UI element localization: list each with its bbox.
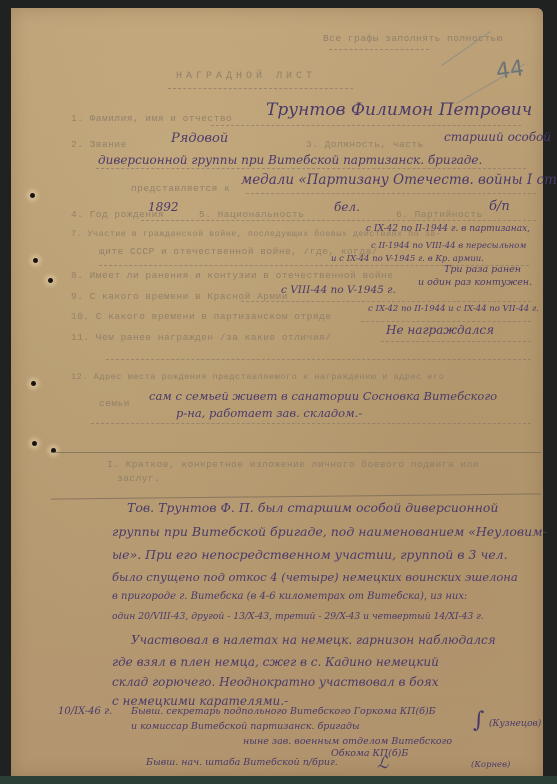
field-6-label: 6. Партийность bbox=[396, 209, 483, 220]
field-4-6-line bbox=[141, 220, 536, 221]
binding-hole bbox=[48, 278, 53, 283]
chief-signature: ℒ bbox=[377, 753, 389, 772]
narrative-line: ые». При его непосредственном участии, г… bbox=[112, 547, 508, 562]
narrative-line: один 20/VIII-43, другой - 13/X-43, трети… bbox=[112, 611, 484, 622]
signature-date: 10/IX-46 г. bbox=[58, 706, 112, 717]
field-12-line bbox=[91, 423, 531, 424]
field-4-value: 1892 bbox=[148, 200, 179, 214]
nomination-line bbox=[246, 193, 536, 194]
chief-name: (Корнев) bbox=[471, 760, 510, 770]
field-8-value-line2: и один раз контужен. bbox=[418, 277, 532, 288]
commander-title-line1: Бывш. секретарь подпольного Витебского Г… bbox=[131, 706, 436, 717]
field-7-value-line2: с II-1944 по VIII-44 в пересыльном bbox=[371, 241, 526, 251]
field-1-value: Трунтов Филимон Петрович bbox=[266, 100, 532, 120]
field-7-value-line3: и с IX-44 по V-1945 г. в Кр. армии. bbox=[331, 254, 484, 264]
binding-hole bbox=[30, 193, 35, 198]
field-10-value: с IX-42 по II-1944 и с IX-44 по VII-44 г… bbox=[368, 304, 539, 314]
narrative-line: группы при Витебской бригаде, под наимен… bbox=[112, 524, 547, 539]
field-5-label: 5. Национальность bbox=[199, 209, 304, 220]
commander-title-line4: Обкома КП(б)Б bbox=[331, 748, 408, 759]
header-instruction: Все графы заполнять полностью bbox=[323, 33, 503, 44]
chief-title: Бывш. нач. штаба Витебской п/бриг. bbox=[146, 757, 338, 768]
commander-title-line2: и комиссар Витебской партизанск. бригады bbox=[131, 721, 360, 732]
narrative-line: в пригороде г. Витебска (в 4-6 километра… bbox=[112, 591, 467, 602]
field-1-label: 1. Фамилия, имя и отчество bbox=[71, 113, 232, 124]
field-9-line bbox=[241, 301, 531, 302]
page-title: НАГРАДНОЙ ЛИСТ bbox=[176, 71, 316, 82]
field-3-value-line2: диверсионной группы при Витебской партиз… bbox=[98, 153, 482, 167]
field-3-value-line1: старший особой bbox=[444, 130, 551, 144]
binding-hole bbox=[33, 258, 38, 263]
section-two-label-line2: заслуг. bbox=[117, 473, 160, 484]
field-12-label-line2: семьи bbox=[99, 398, 130, 409]
field-8-label: 8. Имеет ли ранения и контузии в отечест… bbox=[71, 270, 393, 281]
narrative-line: Тов. Трунтов Ф. П. был старшим особой ди… bbox=[127, 500, 498, 515]
commander-name: (Кузнецов) bbox=[489, 719, 541, 729]
section-two-label-line1: I. Краткое, конкретное изложение личного… bbox=[107, 459, 479, 470]
scanner-bottom-edge bbox=[0, 776, 557, 784]
header-underline bbox=[329, 49, 429, 50]
field-9-value: с VIII-44 по V-1945 г. bbox=[281, 284, 396, 296]
field-12-value-line2: р-на, работает зав. складом.- bbox=[176, 406, 362, 420]
field-3-line bbox=[96, 168, 526, 169]
blank-line bbox=[106, 359, 531, 360]
field-12-label-line1: 12. Адрес места рождения представляемого… bbox=[71, 372, 444, 382]
nomination-label: представляется к bbox=[131, 183, 230, 194]
field-11-label: 11. Чем ранее награжден /за какие отличи… bbox=[71, 332, 331, 343]
field-7-value-line1: с IX-42 по II-1944 г. в партизанах, bbox=[366, 224, 530, 234]
binding-hole bbox=[31, 381, 36, 386]
field-12-value-line1: сам с семьей живет в санатории Сосновка … bbox=[149, 389, 497, 403]
narrative-line: склад горючего. Неоднократно участвовал … bbox=[112, 675, 439, 689]
field-1-line bbox=[211, 125, 521, 126]
narrative-line: было спущено под откос 4 (четыре) немецк… bbox=[112, 570, 518, 584]
field-10-label: 10. С какого времени в партизанском отря… bbox=[71, 311, 331, 322]
binding-hole bbox=[32, 441, 37, 446]
section-divider-bottom bbox=[51, 493, 541, 499]
commander-title-line3: ныне зав. военным отделом Витебского bbox=[243, 736, 452, 747]
narrative-line: где взял в плен немца, сжег в с. Кадино … bbox=[112, 655, 439, 669]
field-11-value: Не награждался bbox=[386, 323, 494, 337]
field-3-label: 3. Должность, часть bbox=[306, 139, 424, 150]
narrative-line: Участвовал в налетах на немецк. гарнизон… bbox=[131, 633, 496, 647]
nomination-value: медали «Партизану Отечеств. войны I ст.» bbox=[241, 172, 557, 188]
field-8-value-line1: Три раза ранен bbox=[444, 264, 521, 275]
commander-signature: ∫ bbox=[473, 708, 484, 733]
field-10-line bbox=[361, 321, 531, 322]
field-2-label: 2. Звание bbox=[71, 139, 127, 150]
field-6-value: б/п bbox=[489, 199, 510, 214]
pencil-stroke bbox=[456, 63, 526, 104]
field-11-line bbox=[381, 341, 531, 342]
award-sheet: Все графы заполнять полностью НАГРАДНОЙ … bbox=[11, 8, 543, 776]
field-2-value: Рядовой bbox=[171, 131, 228, 146]
field-5-value: бел. bbox=[334, 200, 360, 214]
section-divider-top bbox=[51, 452, 541, 453]
title-underline bbox=[168, 88, 353, 89]
